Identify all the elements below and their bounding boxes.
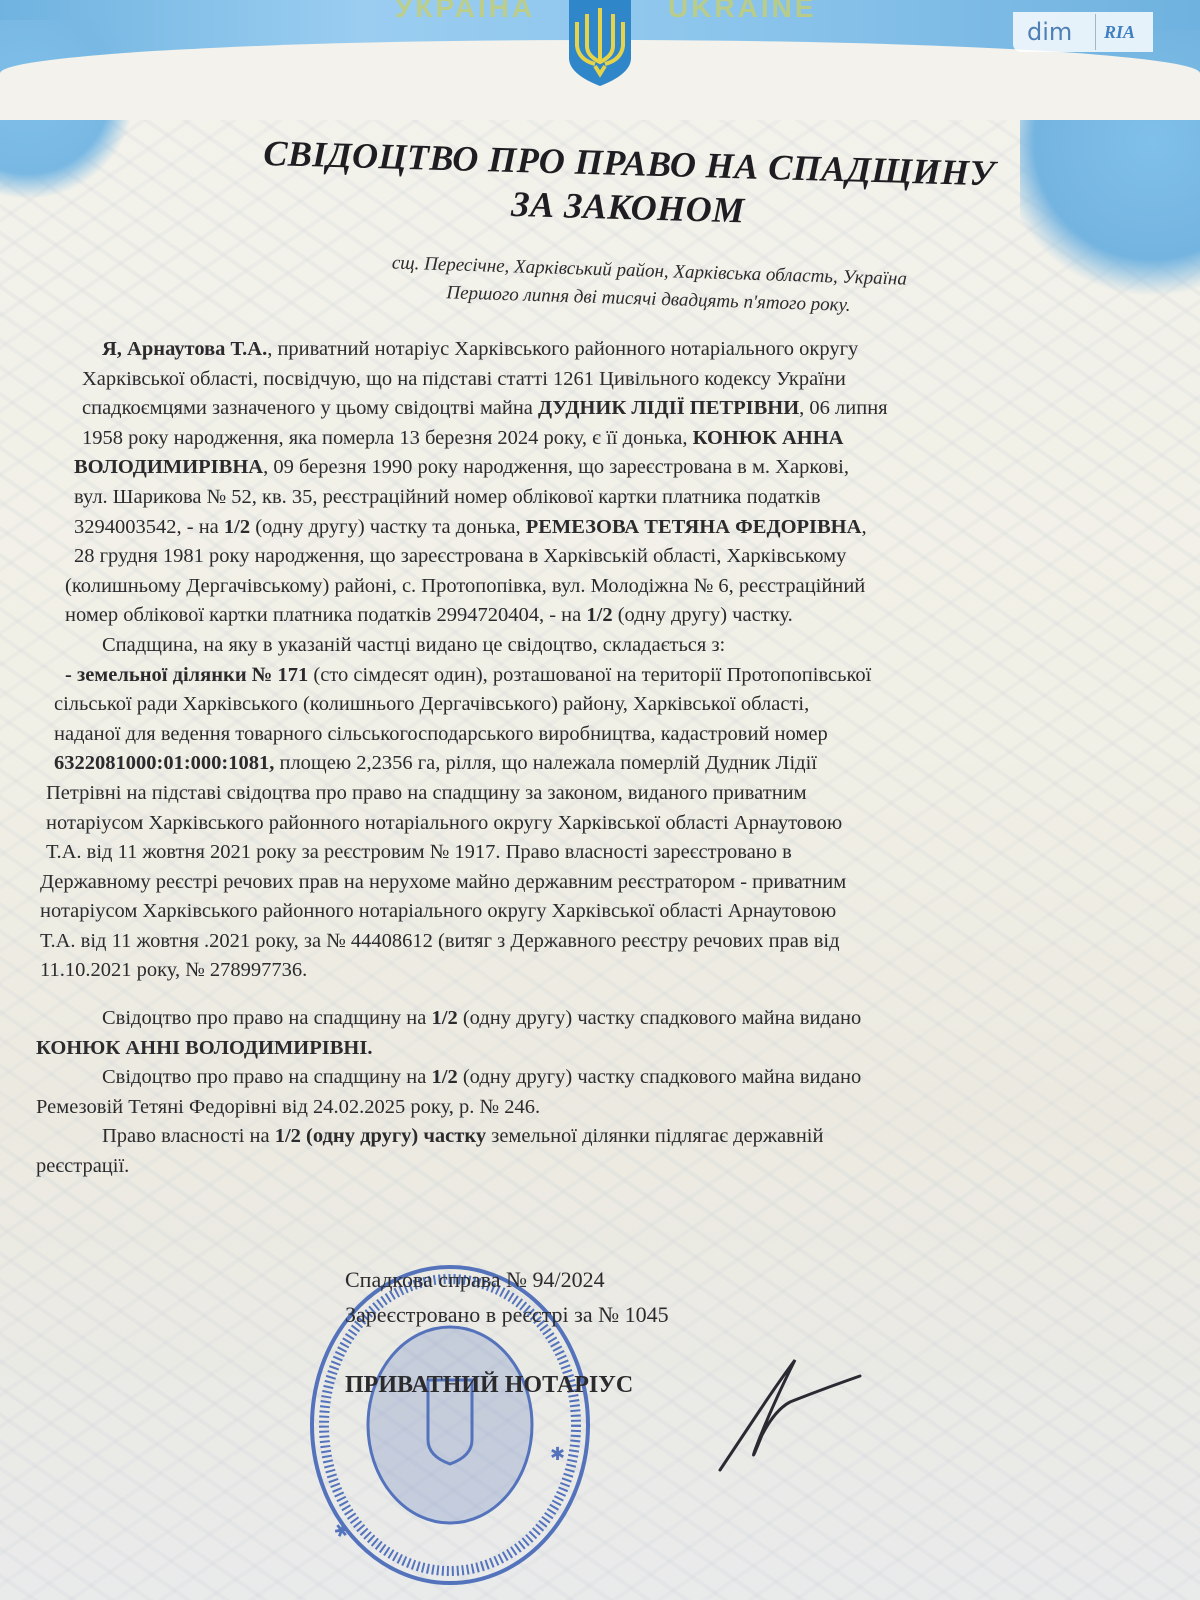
bold-text-segment: 1/2 [586, 604, 612, 626]
text-segment: 3294003542, - на [74, 516, 224, 538]
body-text-line: Право власності на 1/2 (одну другу) част… [30, 1122, 1200, 1152]
certificate-page: УКРАЇНА UKRAINE dim RIA СВІДОЦТВО ПРО ПР… [0, 0, 1200, 1600]
body-text-line: 3294003542, - на 1/2 (одну другу) частку… [30, 513, 1200, 543]
text-segment: Спадщина, на яку в указаній частці видан… [102, 634, 725, 656]
body-text-line: 28 грудня 1981 року народження, що зареє… [30, 542, 1200, 572]
text-segment: , 06 липня [799, 397, 887, 419]
bold-text-segment: КОНЮК АННА [693, 427, 844, 449]
trident-coat-of-arms-icon [565, 0, 635, 86]
paragraph-gap [30, 986, 1200, 1004]
text-segment: 28 грудня 1981 року народження, що зареє… [74, 545, 846, 567]
text-segment: , 09 березня 1990 року народження, що за… [263, 456, 849, 478]
text-segment: (одну другу) частку та донька, [250, 516, 526, 538]
text-segment: Свідоцтво про право на спадщину на [102, 1007, 432, 1029]
watermark-brand-dim: dim [1013, 18, 1095, 46]
body-text-line: Свідоцтво про право на спадщину на 1/2 (… [30, 1004, 1200, 1034]
text-segment: сільської ради Харківського (колишнього … [54, 693, 809, 715]
text-segment: Т.А. від 11 жовтня 2021 року за реєстров… [46, 841, 792, 863]
text-segment: номер облікової картки платника податків… [65, 604, 586, 626]
body-text-line: ВОЛОДИМИРІВНА, 09 березня 1990 року наро… [30, 453, 1200, 483]
text-segment: (сто сімдесят один), розташованої на тер… [308, 664, 871, 686]
text-segment: нотаріусом Харківського районного нотарі… [46, 812, 842, 834]
body-text-line: (колишньому Дергачівському) районі, с. П… [30, 572, 1200, 602]
bold-text-segment: Я, Арнаутова Т.А. [102, 338, 267, 360]
body-text-line: Державному реєстрі речових прав на нерух… [30, 868, 1200, 898]
watermark-brand-ria: RIA [1096, 22, 1135, 43]
text-segment: площею 2,2356 га, рілля, що належала пом… [274, 752, 817, 774]
text-segment: Петрівні на підставі свідоцтва про право… [46, 782, 807, 804]
text-segment: наданої для ведення товарного сільського… [54, 723, 828, 745]
bold-text-segment: 1/2 [224, 516, 250, 538]
body-text-line: КОНЮК АННІ ВОЛОДИМИРІВНІ. [30, 1034, 1200, 1064]
body-text-line: нотаріусом Харківського районного нотарі… [30, 897, 1200, 927]
registry-number: Зареєстровано в реєстрі за № 1045 [345, 1297, 669, 1332]
bold-text-segment: 1/2 [432, 1007, 458, 1029]
text-segment: Харківської області, посвідчую, що на пі… [82, 368, 846, 390]
body-text-line: Спадщина, на яку в указаній частці видан… [30, 631, 1200, 661]
band-text-ukrainian: УКРАЇНА [395, 0, 535, 24]
text-segment: , приватний нотаріус Харківського районн… [267, 338, 858, 360]
body-text-line: номер облікової картки платника податків… [30, 601, 1200, 631]
body-text-line: Свідоцтво про право на спадщину на 1/2 (… [30, 1063, 1200, 1093]
document-title: СВІДОЦТВО ПРО ПРАВО НА СПАДЩИНУ ЗА ЗАКОН… [228, 130, 1030, 240]
text-segment: Т.А. від 11 жовтня .2021 року, за № 4440… [40, 930, 840, 952]
bold-text-segment: - земельної ділянки № 171 [65, 664, 308, 686]
text-segment: нотаріусом Харківського районного нотарі… [40, 900, 836, 922]
bold-text-segment: 1/2 (одну другу) частку [275, 1125, 486, 1147]
watermark-logo: dim RIA [1013, 12, 1153, 52]
place-and-date: сщ. Пересічне, Харківський район, Харків… [278, 246, 1019, 325]
band-text-english: UKRAINE [668, 0, 817, 24]
body-text-line: Петрівні на підставі свідоцтва про право… [30, 779, 1200, 809]
body-text-line: 6322081000:01:000:1081, площею 2,2356 га… [30, 749, 1200, 779]
body-text-line: 1958 року народження, яка померла 13 бер… [30, 424, 1200, 454]
body-text-line: Я, Арнаутова Т.А., приватний нотаріус Ха… [30, 335, 1200, 365]
signatory-title: ПРИВАТНИЙ НОТАРІУС [345, 1368, 669, 1403]
text-segment: (одну другу) частку спадкового майна вид… [458, 1007, 862, 1029]
text-segment: спадкоємцями зазначеного у цьому свідоцт… [82, 397, 538, 419]
bold-text-segment: 6322081000:01:000:1081, [54, 752, 274, 774]
body-text-line: реєстрації. [30, 1152, 1200, 1182]
body-text-line: наданої для ведення товарного сільського… [30, 720, 1200, 750]
text-segment: Право власності на [102, 1125, 275, 1147]
body-text-line: Ремезовій Тетяні Федорівні від 24.02.202… [30, 1093, 1200, 1123]
body-text-line: сільської ради Харківського (колишнього … [30, 690, 1200, 720]
body-text-line: вул. Шарикова № 52, кв. 35, реєстраційни… [30, 483, 1200, 513]
text-segment: (одну другу) частку. [613, 604, 793, 626]
text-segment: реєстрації. [36, 1155, 129, 1177]
svg-text:✱: ✱ [550, 1444, 565, 1464]
text-segment: 1958 року народження, яка померла 13 бер… [82, 427, 693, 449]
notary-signature [700, 1340, 890, 1480]
bold-text-segment: ДУДНИК ЛІДІЇ ПЕТРІВНИ [538, 397, 799, 419]
certificate-footer: Спадкова справа № 94/2024 Зареєстровано … [345, 1262, 669, 1403]
text-segment: (колишньому Дергачівському) районі, с. П… [65, 575, 865, 597]
text-segment: (одну другу) частку спадкового майна вид… [458, 1066, 862, 1088]
text-segment: Свідоцтво про право на спадщину на [102, 1066, 432, 1088]
bold-text-segment: 1/2 [432, 1066, 458, 1088]
bold-text-segment: ВОЛОДИМИРІВНА [74, 456, 263, 478]
text-segment: вул. Шарикова № 52, кв. 35, реєстраційни… [74, 486, 821, 508]
body-text-line: нотаріусом Харківського районного нотарі… [30, 809, 1200, 839]
body-text-line: - земельної ділянки № 171 (сто сімдесят … [30, 661, 1200, 691]
bold-text-segment: РЕМЕЗОВА ТЕТЯНА ФЕДОРІВНА [526, 516, 862, 538]
svg-text:✱: ✱ [330, 1518, 354, 1543]
bold-text-segment: КОНЮК АННІ ВОЛОДИМИРІВНІ. [36, 1037, 372, 1059]
certificate-body: Я, Арнаутова Т.А., приватний нотаріус Ха… [30, 335, 1200, 1182]
text-segment: , [861, 516, 866, 538]
text-segment: 11.10.2021 року, № 278997736. [40, 959, 307, 981]
inheritance-case-number: Спадкова справа № 94/2024 [345, 1262, 669, 1297]
body-text-line: Харківської області, посвідчую, що на пі… [30, 365, 1200, 395]
body-text-line: Т.А. від 11 жовтня 2021 року за реєстров… [30, 838, 1200, 868]
body-text-line: спадкоємцями зазначеного у цьому свідоцт… [30, 394, 1200, 424]
text-segment: Державному реєстрі речових прав на нерух… [40, 871, 846, 893]
body-text-line: Т.А. від 11 жовтня .2021 року, за № 4440… [30, 927, 1200, 957]
body-text-line: 11.10.2021 року, № 278997736. [30, 956, 1200, 986]
text-segment: земельної ділянки підлягає державній [486, 1125, 823, 1147]
text-segment: Ремезовій Тетяні Федорівні від 24.02.202… [36, 1096, 540, 1118]
